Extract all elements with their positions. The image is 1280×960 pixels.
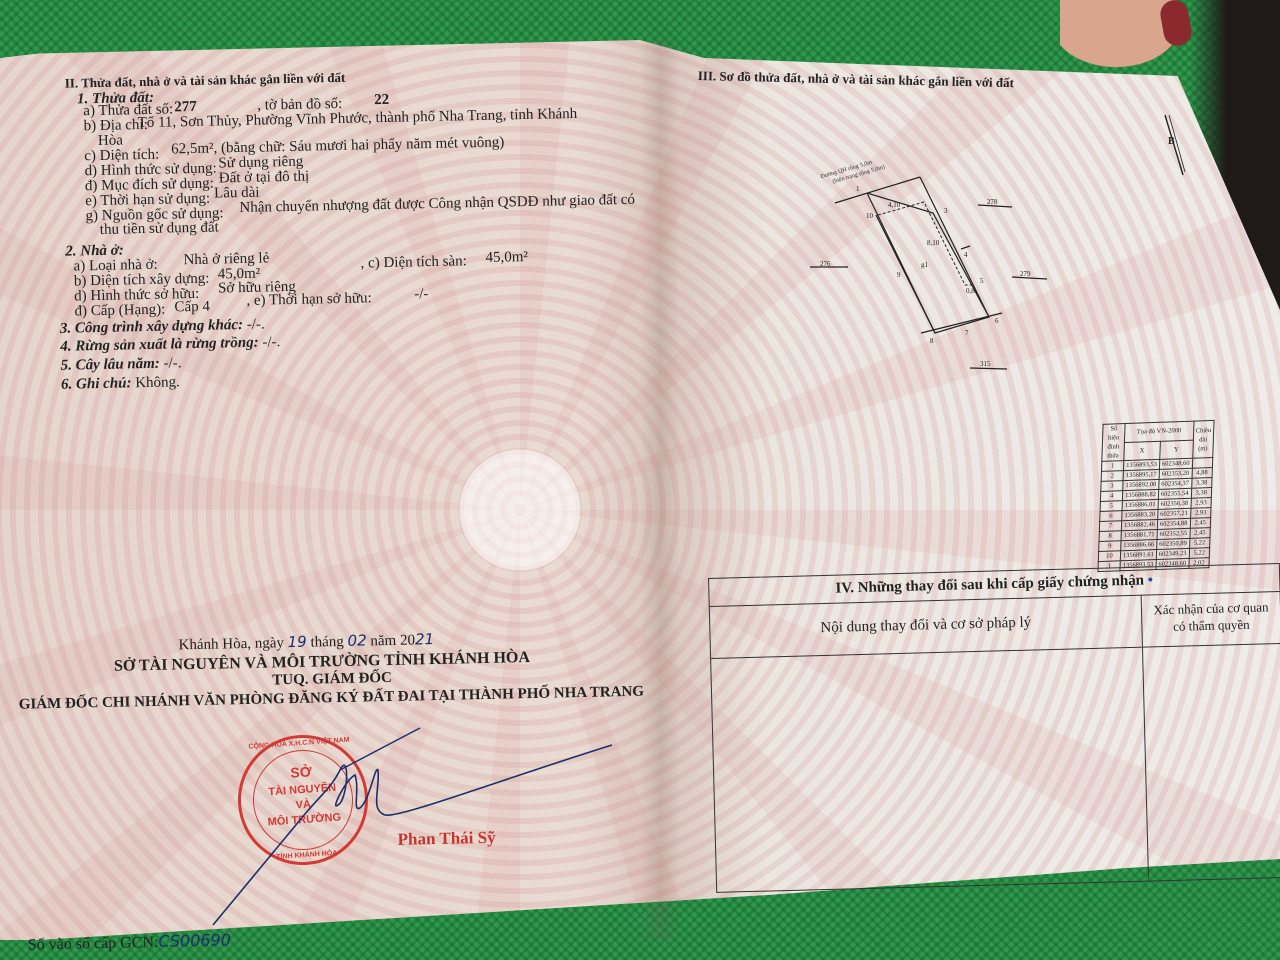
vertex-3-label: 3 — [944, 207, 948, 215]
month-value: 02 — [347, 631, 366, 649]
neighbor-315: 315 — [980, 360, 991, 368]
coordinate-cell-y: 602355,54 — [1158, 488, 1191, 499]
signer-name: Phan Thái Sỹ — [397, 828, 495, 850]
neighbor-278: 278 — [987, 198, 998, 206]
forest-label: 4. Rừng sản xuất là rừng trồng: — [60, 335, 259, 355]
vertex-10-label: 10 — [866, 212, 874, 220]
north-arrow-icon — [1155, 110, 1195, 180]
north-label: B — [1168, 136, 1175, 147]
notes-value: Không. — [135, 374, 180, 391]
on-behalf-of: TUQ. GIÁM ĐỐC — [272, 670, 392, 690]
coordinate-cell-x: 1356881,71 — [1121, 529, 1157, 540]
authority-header-line-1: Xác nhận của cơ quan — [1142, 598, 1280, 619]
origin-line-1: Nhận chuyển nhượng đất được Công nhận QS… — [239, 192, 635, 217]
coordinate-cell-y: 602353,20 — [1159, 468, 1192, 479]
coordinate-cell-x: 1356886,01 — [1122, 499, 1158, 510]
forest-row: 4. Rừng sản xuất là rừng trồng: -/-. — [60, 334, 280, 356]
dimension-4-10: 4,10 — [888, 201, 901, 209]
changes-body-row — [711, 644, 1280, 889]
coordinate-cell-y: 602354,37 — [1159, 478, 1192, 489]
gcn-label: Số vào sổ cấp GCN: — [28, 934, 159, 954]
origin-line-2: thu tiền sử dụng đất — [100, 219, 219, 238]
coordinate-cell-x: 1356883,20 — [1122, 509, 1158, 520]
notes-label: 6. Ghi chú: — [61, 375, 132, 392]
coordinate-cell-y: 602352,55 — [1157, 528, 1190, 539]
place-date-prefix: Khánh Hòa, ngày — [178, 635, 284, 653]
vertex-7-label: 7 — [965, 329, 969, 337]
address-line-1: Tổ 11, Sơn Thủy, Phường Vĩnh Phước, thàn… — [137, 106, 577, 132]
perennial-value: -/-. — [163, 355, 181, 371]
ownership-term-label: , e) Thời hạn sở hữu: — [246, 290, 372, 310]
dimension-8-10: 8,10 — [927, 239, 940, 247]
coordinate-cell-x: 1356882,46 — [1121, 519, 1157, 530]
floor-area-value: 45,0m² — [485, 249, 528, 267]
day-value: 19 — [287, 633, 306, 651]
parcel-diagram: Đường QH rộng 5,0m (hiện trạng rộng 5,0m… — [790, 150, 1050, 380]
vertex-8-label: 8 — [930, 337, 934, 345]
coordinate-cell-y: 602348,60 — [1159, 458, 1192, 469]
forest-value: -/-. — [262, 334, 280, 350]
coordinate-system-header: Tọa độ VN-2000 — [1124, 421, 1193, 442]
y-header: Y — [1160, 440, 1193, 460]
coordinate-cell-x: 1356892,00 — [1123, 479, 1159, 490]
neighbor-276: 276 — [820, 260, 831, 268]
section-4-title-text: IV. Những thay đổi sau khi cấp giấy chứn… — [835, 573, 1144, 597]
month-label: tháng — [310, 634, 344, 651]
coordinate-cell-x: 1356886,66 — [1121, 539, 1157, 550]
coordinate-cell-y: 602349,23 — [1156, 548, 1189, 559]
dimension-0-8: 0,8 — [966, 287, 975, 295]
vertex-6-label: 6 — [995, 317, 999, 325]
coordinate-cell-x: 1356895,17 — [1123, 469, 1159, 480]
vertex-9-label: 9 — [897, 271, 901, 279]
vertex-1-label: 1 — [856, 185, 860, 193]
gcn-value: CS00690 — [158, 930, 231, 951]
map-sheet-number: 22 — [374, 92, 389, 109]
year-label: năm 20 — [370, 632, 415, 649]
coordinate-cell-y: 602350,89 — [1157, 538, 1190, 549]
coordinate-cell-y: 602354,88 — [1157, 518, 1190, 529]
coordinate-table-body: 11356893,53602348,6021356895,17602353,20… — [1098, 457, 1213, 571]
perennial-row: 5. Cây lâu năm: -/-. — [61, 355, 182, 375]
year-value: 21 — [415, 630, 434, 648]
grade-value: Cấp 4 — [174, 299, 210, 317]
vertex-4-label: 4 — [964, 251, 968, 259]
gcn-number-row: Số vào sổ cấp GCN:CS00690 — [28, 930, 232, 954]
change-content-cell — [711, 648, 1149, 889]
coordinate-cell-y: 602356,38 — [1158, 498, 1191, 509]
other-works-value: -/-. — [247, 317, 265, 333]
floor-area-label: , c) Diện tích sàn: — [360, 253, 467, 272]
coordinate-cell-x: 1356893,53 — [1123, 459, 1159, 470]
section-2-title: II. Thửa đất, nhà ở và tài sản khác gắn … — [65, 70, 346, 92]
perennial-label: 5. Cây lâu năm: — [61, 356, 161, 374]
vertex-header: Số hiệu đỉnh thửa — [1102, 424, 1125, 462]
neighbor-279: 279 — [1020, 270, 1031, 278]
length-header: Chiều dài (m) — [1192, 420, 1214, 458]
coordinate-table: Số hiệu đỉnh thửa Tọa độ VN-2000 Chiều d… — [1097, 420, 1214, 572]
ownership-term-value: -/- — [414, 286, 429, 303]
other-works-label: 3. Công trình xây dựng khác: — [60, 317, 243, 337]
coordinate-cell-x: 1356891,61 — [1120, 550, 1156, 561]
vertex-5-label: 5 — [980, 277, 984, 285]
changes-table: IV. Những thay đổi sau khi cấp giấy chứn… — [708, 563, 1280, 893]
grade-label: đ) Cấp (Hạng): — [74, 302, 165, 321]
notes-row: 6. Ghi chú: Không. — [61, 374, 180, 393]
authority-header-line-2: có thẩm quyền — [1142, 615, 1280, 636]
coordinate-cell-x: 1356888,82 — [1122, 489, 1158, 500]
authority-confirmation-header: Xác nhận của cơ quan có thẩm quyền — [1142, 592, 1280, 647]
parcel-land-type-label: g1 — [921, 261, 929, 269]
x-header: X — [1124, 441, 1161, 461]
coordinate-cell-y: 602357,21 — [1158, 508, 1191, 519]
